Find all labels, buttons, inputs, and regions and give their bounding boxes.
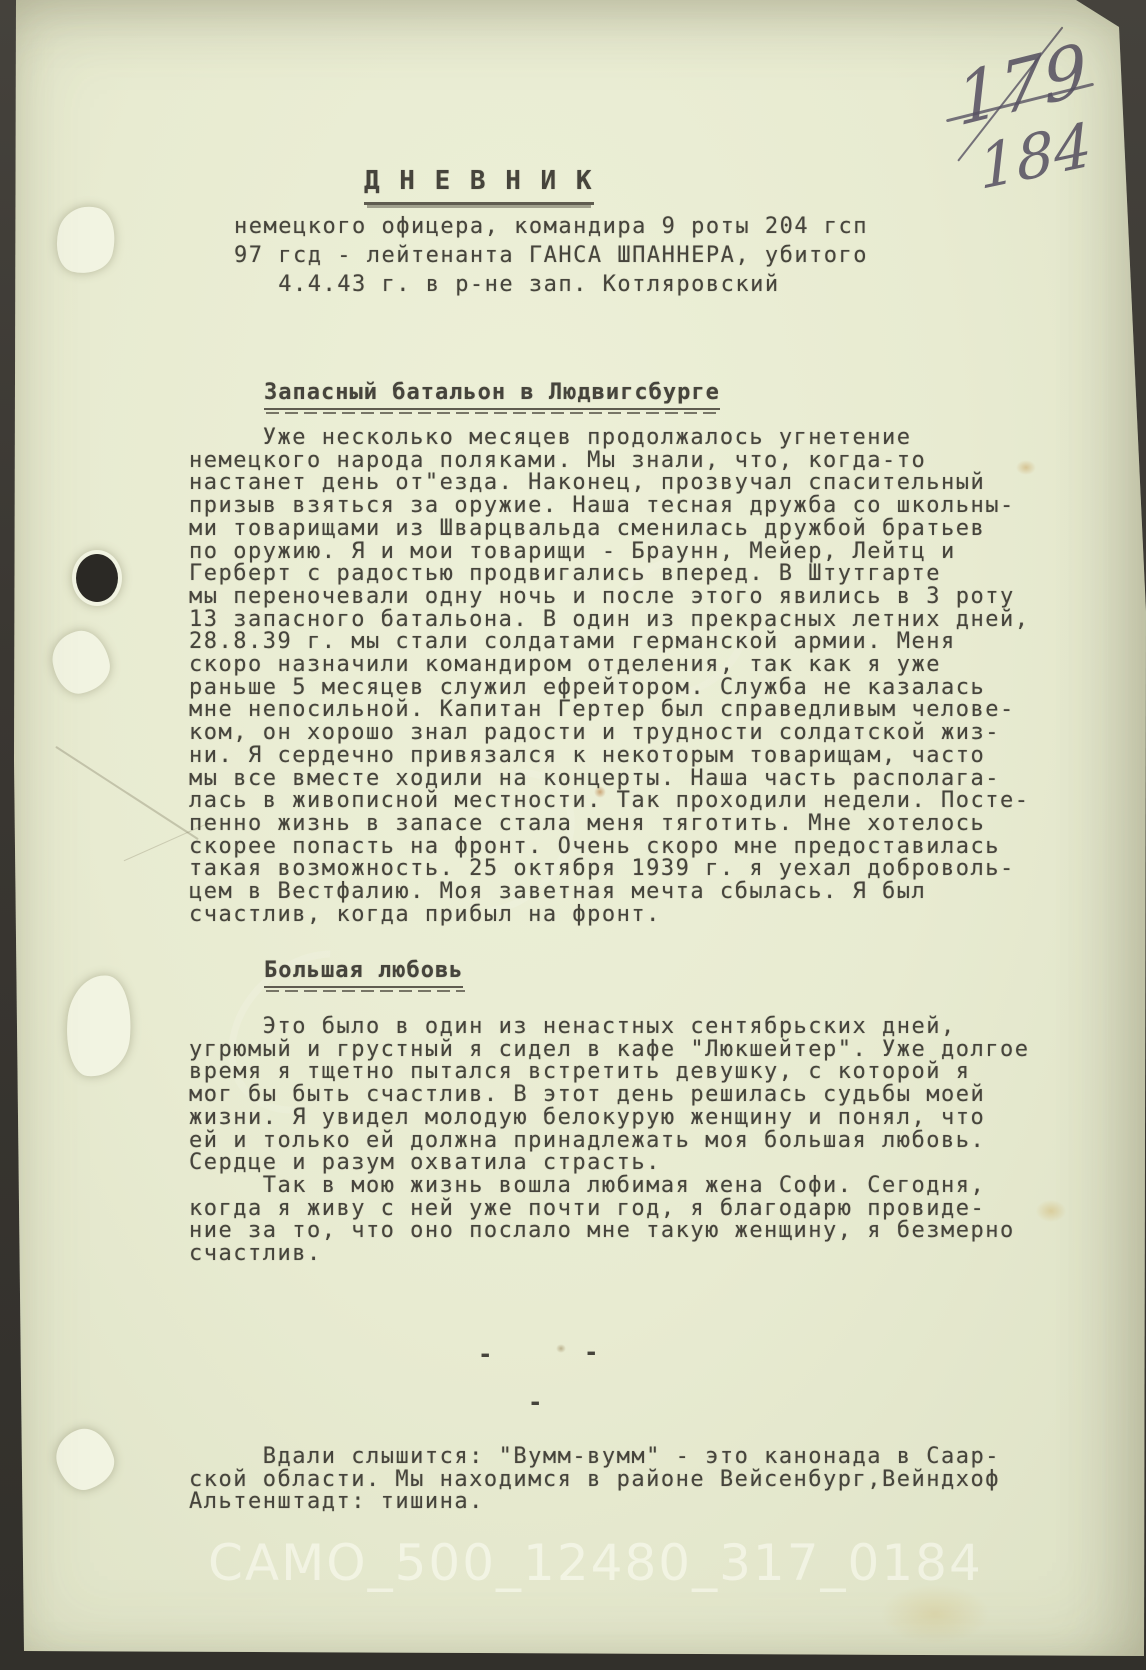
separator-dash: - [584, 1338, 598, 1366]
document-subtitle: немецкого офицера, командира 9 роты 204 … [234, 212, 868, 299]
page-title: Д Н Е В Н И К [364, 166, 594, 205]
scanned-archive-photo: { "page_numbers": { "crossed_out": "179"… [0, 0, 1146, 1670]
section-body-great-love: Это было в один из ненастных сентябрьски… [189, 1016, 1069, 1266]
separator-dash: - [478, 1340, 492, 1368]
section-heading-great-love: Большая любовь [264, 960, 463, 988]
section-body-cannonade: Вдали слышится: "Вумм-вумм" - это канона… [189, 1446, 1069, 1514]
document-page: 179 184 Д Н Е В Н И К немецкого офицера,… [0, 0, 1146, 1670]
paper-crease [55, 746, 199, 840]
section-body-reserve-battalion: Уже несколько месяцев продолжалось угнет… [189, 427, 1059, 926]
punch-hole [58, 637, 103, 687]
punch-hole [72, 982, 127, 1070]
punch-hole [76, 554, 118, 602]
punch-hole [61, 211, 112, 269]
archive-watermark: САМО_500_12480_317_0184 [208, 1534, 983, 1592]
punch-hole [61, 1434, 109, 1485]
separator-dash: - [528, 1388, 542, 1416]
section-heading-reserve-battalion: Запасный батальон в Людвигсбурге [264, 382, 720, 410]
paper-stain [556, 1344, 566, 1353]
paper-stain [880, 1584, 990, 1644]
